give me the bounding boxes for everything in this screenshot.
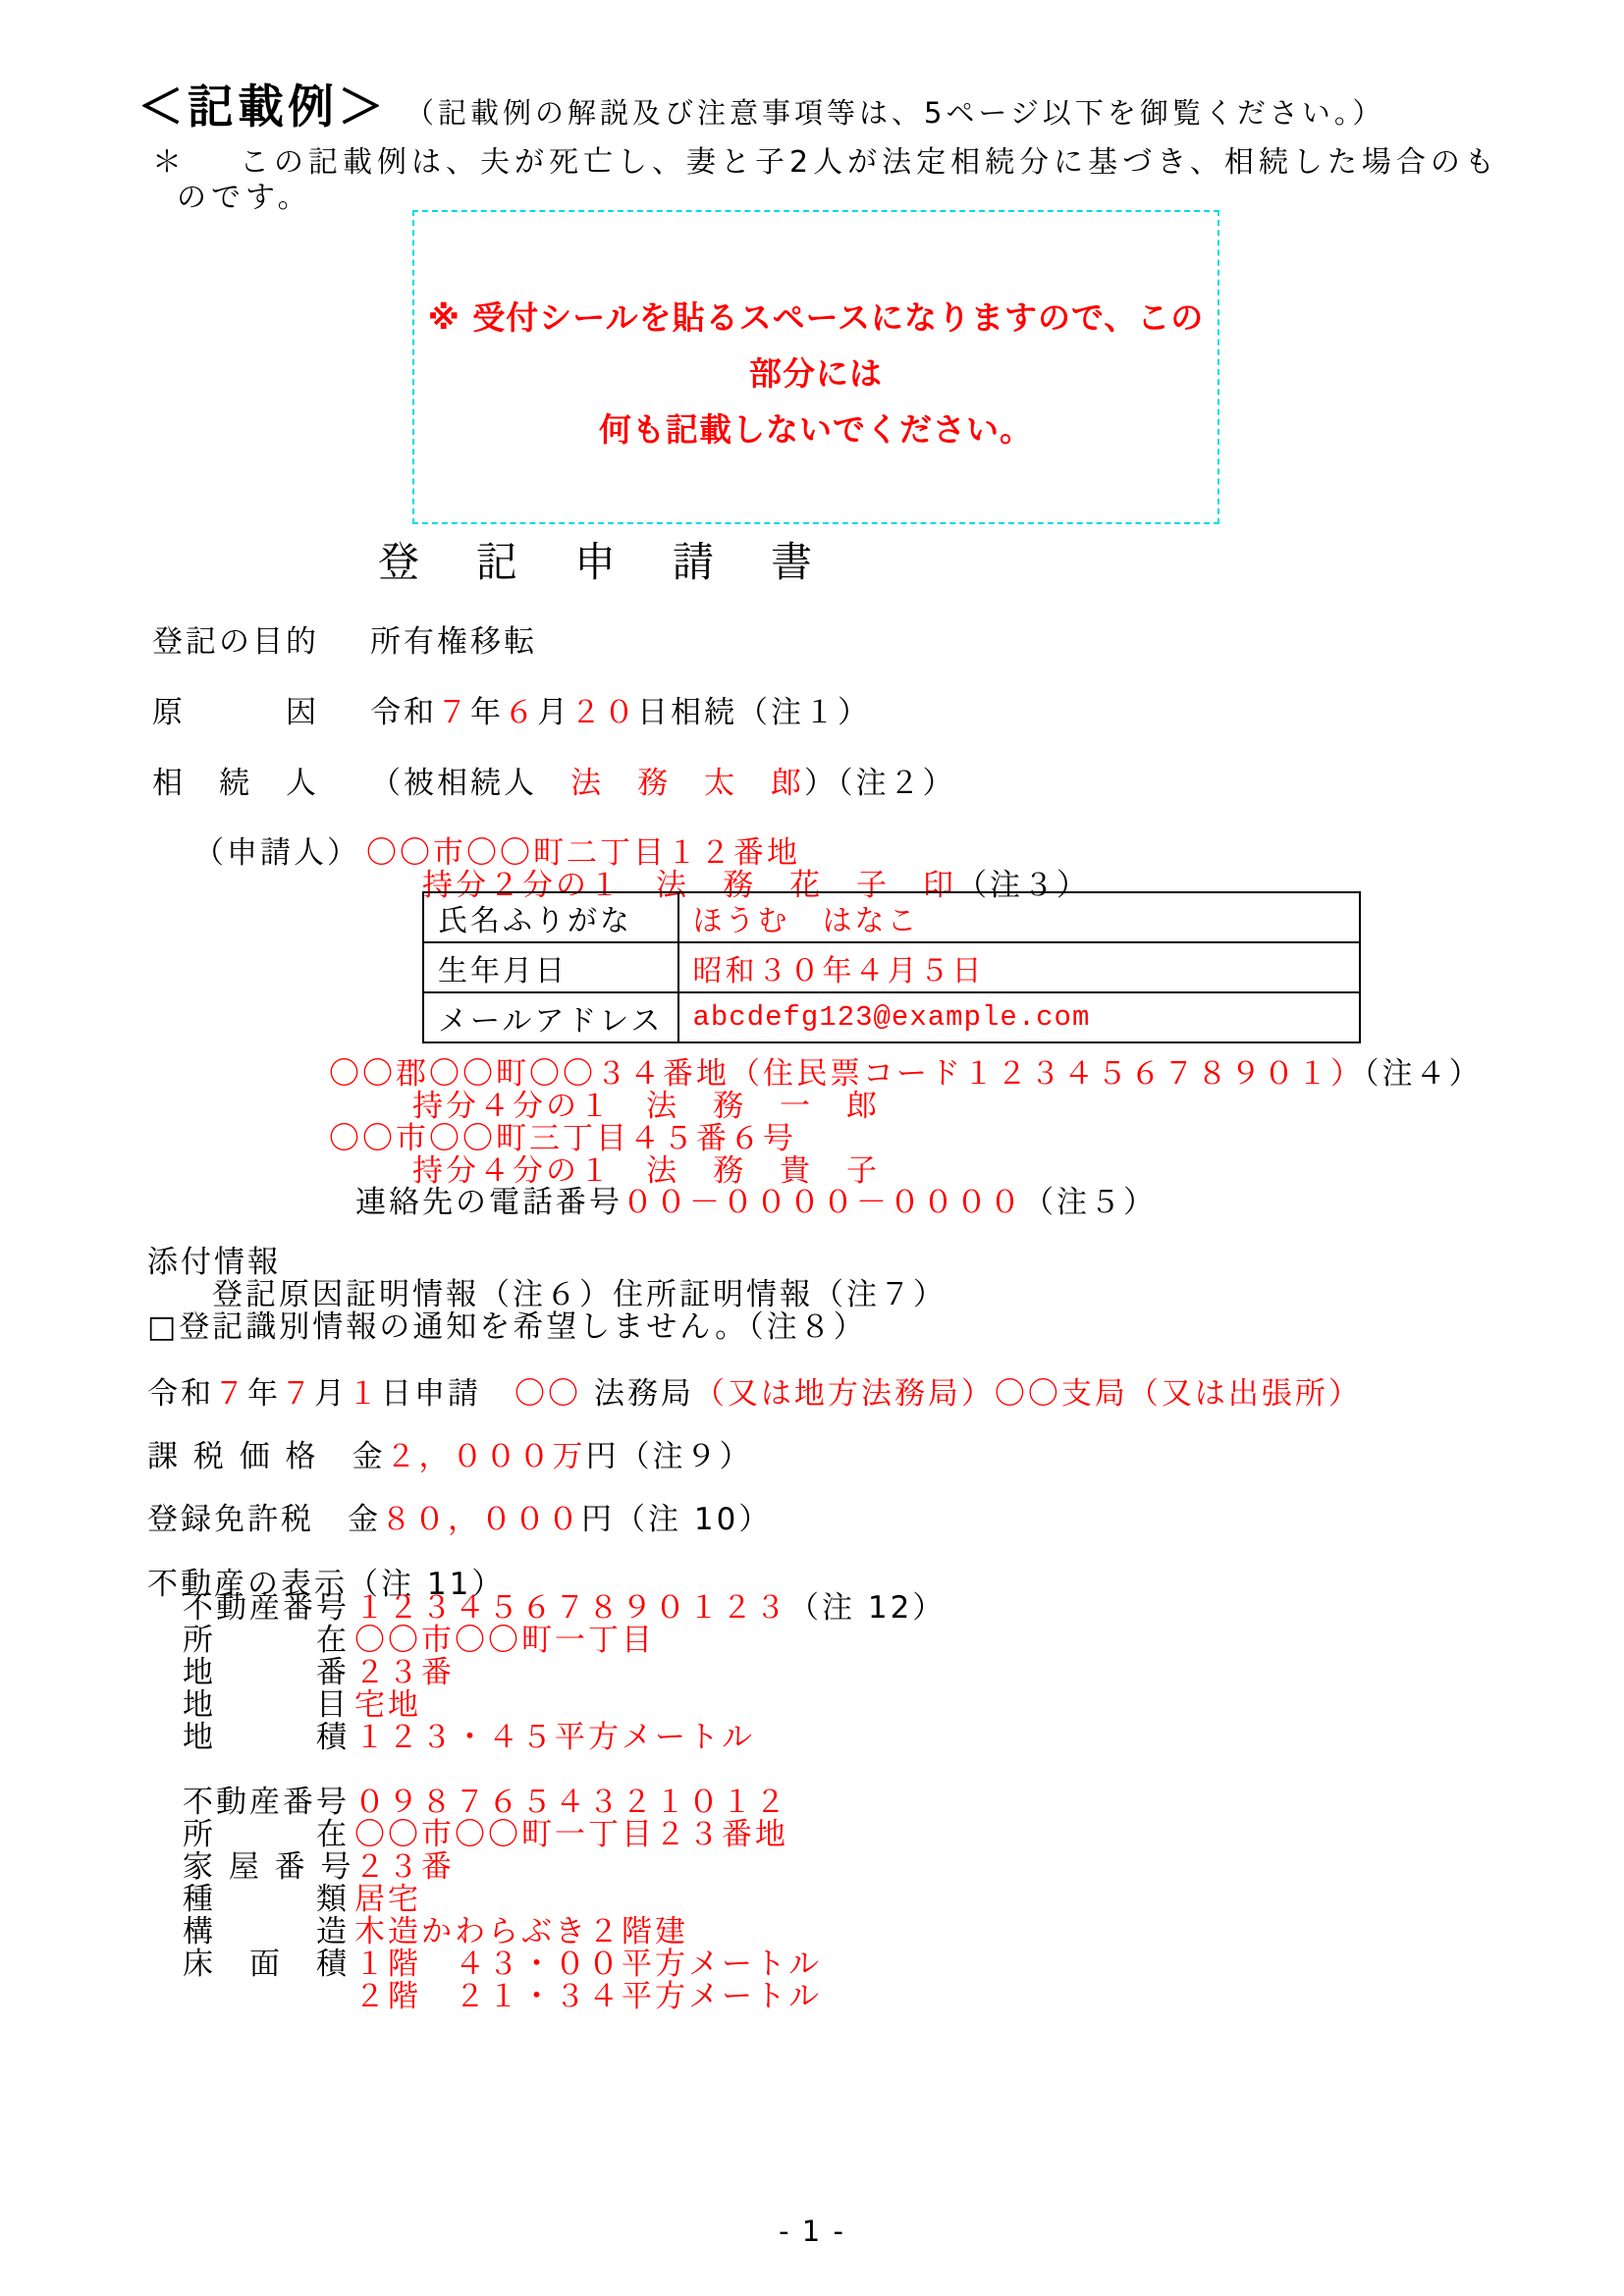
text-segment: 月 [314,1376,348,1412]
text-segment: 登録免許税 金 [147,1502,381,1537]
field-cause-value: 令和７年６月２０日相続（注１） [370,695,871,730]
property-row-label: 所 在 [183,1819,354,1851]
seal-warning-line-1: ※ 受付シールを貼るスペースになりますので、この部分には [414,290,1218,401]
text-segment: １２３４５６７８９０１２３ [354,1590,788,1626]
property-row-label: 家 屋 番 号 [183,1851,354,1884]
field-heir: 相 続 人（被相続人 法 務 太 郎）（注２） [152,758,956,802]
applicant-table-row: 氏名ふりがなほうむ はなこ [423,892,1360,942]
property-row: ２階 ２１・３４平方メートル [183,1981,822,2013]
property-row: 地 番２３番 [183,1657,946,1689]
text-segment: 令和 [147,1376,214,1412]
field-purpose-value: 所有権移転 [370,624,537,660]
property-row: 不動産番号１２３４５６７８９０１２３（注 12） [183,1592,946,1625]
application-date-office-line: 令和７年７月１日申請 〇〇 法務局（又は地方法務局）〇〇支局（又は出張所） [147,1368,1362,1413]
property-row-value: ２３番 [354,1849,455,1885]
text-segment: 日申請 [381,1376,481,1412]
text-segment: ６ [504,695,537,730]
applicant-table-value: ほうむ はなこ [678,892,1360,942]
property-row: 地 目宅地 [183,1689,946,1722]
identification-notice-line: □登記識別情報の通知を希望しません。（注８） [147,1302,867,1346]
field-heir-label: 相 続 人 [152,758,370,802]
property-building-block: 不動産番号０９８７６５４３２１０１２所 在〇〇市〇〇町一丁目２３番地家 屋 番 … [183,1787,822,2013]
property-row: 所 在〇〇市〇〇町一丁目 [183,1625,946,1657]
field-cause-label: 原 因 [152,687,370,731]
taxable-value-line: 課 税 価 格 金２，０００万円（注９） [147,1431,753,1475]
text-segment: 課 税 価 格 金 [147,1439,386,1474]
property-row-label: 不動産番号 [183,1592,354,1625]
text-segment: １ [348,1376,381,1412]
property-land-block: 不動産番号１２３４５６７８９０１２３（注 12）所 在〇〇市〇〇町一丁目地 番２… [183,1592,946,1754]
property-row-value: １階 ４３・００平方メートル [354,1947,822,1982]
property-row-label: 構 造 [183,1916,354,1949]
field-applicant-label: （申請人） [193,828,366,872]
text-segment: ７ [281,1376,314,1412]
text-segment: 連絡先の電話番号 [355,1185,623,1220]
text-segment [481,1376,514,1412]
notice-checkbox-label: 登記識別情報の通知を希望しません。（注８） [179,1309,866,1345]
text-segment: 法 務 太 郎 [570,766,804,801]
header-line: ＜記載例＞ （記載例の解説及び注意事項等は、5ページ以下を御覧ください。） [137,71,1384,136]
text-segment: 木造かわらぶき２階建 [354,1914,688,1949]
text-segment: 法務局 [581,1376,694,1412]
field-cause: 原 因令和７年６月２０日相続（注１） [152,687,871,731]
property-row: 構 造木造かわらぶき２階建 [183,1916,822,1949]
text-segment: （又は地方法務局）〇〇支局（又は出張所） [694,1376,1362,1412]
text-segment: ２３番 [354,1849,455,1885]
text-segment: 円（注 10） [581,1502,772,1537]
text-segment: 〇〇市〇〇町一丁目２３番地 [354,1817,788,1852]
property-row-value: 〇〇市〇〇町一丁目２３番地 [354,1817,788,1852]
text-segment: 円（注９） [586,1439,753,1474]
text-segment: １２３・４５平方メートル [354,1720,755,1755]
contact-phone-line: 連絡先の電話番号００－００００－００００（注５） [355,1177,1157,1221]
property-row: 不動産番号０９８７６５４３２１０１２ [183,1787,822,1819]
applicant-table-label: 氏名ふりがな [423,892,678,942]
seal-warning-line-2: 何も記載しないでください。 [414,401,1218,457]
property-row: 地 積１２３・４５平方メートル [183,1722,946,1754]
property-row-label: 地 目 [183,1689,354,1722]
text-segment: 宅地 [354,1687,421,1723]
registration-application-example-page: ＜記載例＞ （記載例の解説及び注意事項等は、5ページ以下を御覧ください。） ＊こ… [0,0,1624,2296]
text-segment: 日相続（注１） [637,695,871,730]
text-segment: （注４） [1364,1056,1483,1092]
notice-checkbox: □ [147,1309,179,1345]
property-row-value: 居宅 [354,1882,421,1917]
property-row-value: 〇〇市〇〇町一丁目 [354,1623,655,1658]
text-segment: ７ [214,1376,247,1412]
document-title: 登 記 申 請 書 [378,530,820,589]
reception-seal-box: ※ 受付シールを貼るスペースになりますので、この部分には 何も記載しないでくださ… [412,210,1219,524]
applicant-table-value: abcdefg123@example.com [678,992,1360,1042]
field-purpose-label: 登記の目的 [152,616,370,661]
property-row-label: 所 在 [183,1625,354,1657]
applicant-info-table: 氏名ふりがなほうむ はなこ生年月日昭和３０年４月５日メールアドレスabcdefg… [422,891,1361,1043]
property-row-value: ２階 ２１・３４平方メートル [354,1979,822,2014]
text-segment: 年 [247,1376,281,1412]
text-segment: （被相続人 [370,766,570,801]
property-row-value: 宅地 [354,1687,421,1723]
text-segment: 〇〇市〇〇町一丁目 [354,1623,655,1658]
text-segment: ２０ [570,695,637,730]
property-row: 床 面 積１階 ４３・００平方メートル [183,1949,822,1981]
applicant-table-row: 生年月日昭和３０年４月５日 [423,942,1360,992]
text-segment: ０９８７６５４３２１０１２ [354,1785,788,1820]
text-segment: ２，０００万 [386,1439,586,1474]
property-row-value: １２３・４５平方メートル [354,1720,755,1755]
applicant-table-label: 生年月日 [423,942,678,992]
property-row-label: 地 番 [183,1657,354,1689]
applicant-table-row: メールアドレスabcdefg123@example.com [423,992,1360,1042]
text-segment: ）（注２） [804,766,956,801]
applicant-table-value: 昭和３０年４月５日 [678,942,1360,992]
property-row-value: １２３４５６７８９０１２３（注 12） [354,1590,946,1626]
text-segment: （注 12） [788,1590,946,1626]
property-row: 種 類居宅 [183,1884,822,1916]
text-segment: （注５） [1023,1185,1157,1220]
text-segment: ００－００００－００００ [623,1185,1023,1220]
text-segment: 令和 [370,695,437,730]
text-segment: ７ [437,695,470,730]
page-number: - 1 - [779,2215,845,2248]
example-heading: ＜記載例＞ [137,71,388,136]
seal-box-warning: ※ 受付シールを貼るスペースになりますので、この部分には 何も記載しないでくださ… [414,290,1218,457]
intro-text-continued: のです。 [177,181,312,215]
field-heir-value: （被相続人 法 務 太 郎）（注２） [370,766,956,801]
property-row-value: ２３番 [354,1655,455,1690]
property-row: 家 屋 番 号２３番 [183,1851,822,1884]
property-row-label: 不動産番号 [183,1787,354,1819]
field-purpose: 登記の目的所有権移転 [152,616,537,661]
property-row-label: 床 面 積 [183,1949,354,1981]
intro-line-2: のです。 [177,173,312,216]
text-segment: ２階 ２１・３４平方メートル [354,1979,822,2014]
property-row-label: 地 積 [183,1722,354,1754]
example-note: （記載例の解説及び注意事項等は、5ページ以下を御覧ください。） [406,91,1384,132]
text-segment: ２３番 [354,1655,455,1690]
applicant-table-label: メールアドレス [423,992,678,1042]
intro-line-1: ＊この記載例は、夫が死亡し、妻と子2人が法定相続分に基づき、相続した場合のも [152,137,1499,181]
text-segment: ８０，０００ [381,1502,581,1537]
property-row-label: 種 類 [183,1884,354,1916]
property-row-value: 木造かわらぶき２階建 [354,1914,688,1949]
text-segment: １階 ４３・００平方メートル [354,1947,822,1982]
property-row: 所 在〇〇市〇〇町一丁目２３番地 [183,1819,822,1851]
property-row-value: ０９８７６５４３２１０１２ [354,1785,788,1820]
text-segment: 月 [537,695,570,730]
text-segment: 〇〇 [514,1376,581,1412]
text-segment: 居宅 [354,1882,421,1917]
intro-text: この記載例は、夫が死亡し、妻と子2人が法定相続分に基づき、相続した場合のも [240,145,1499,180]
registration-license-tax-line: 登録免許税 金８０，０００円（注 10） [147,1494,772,1538]
text-segment: 年 [470,695,504,730]
